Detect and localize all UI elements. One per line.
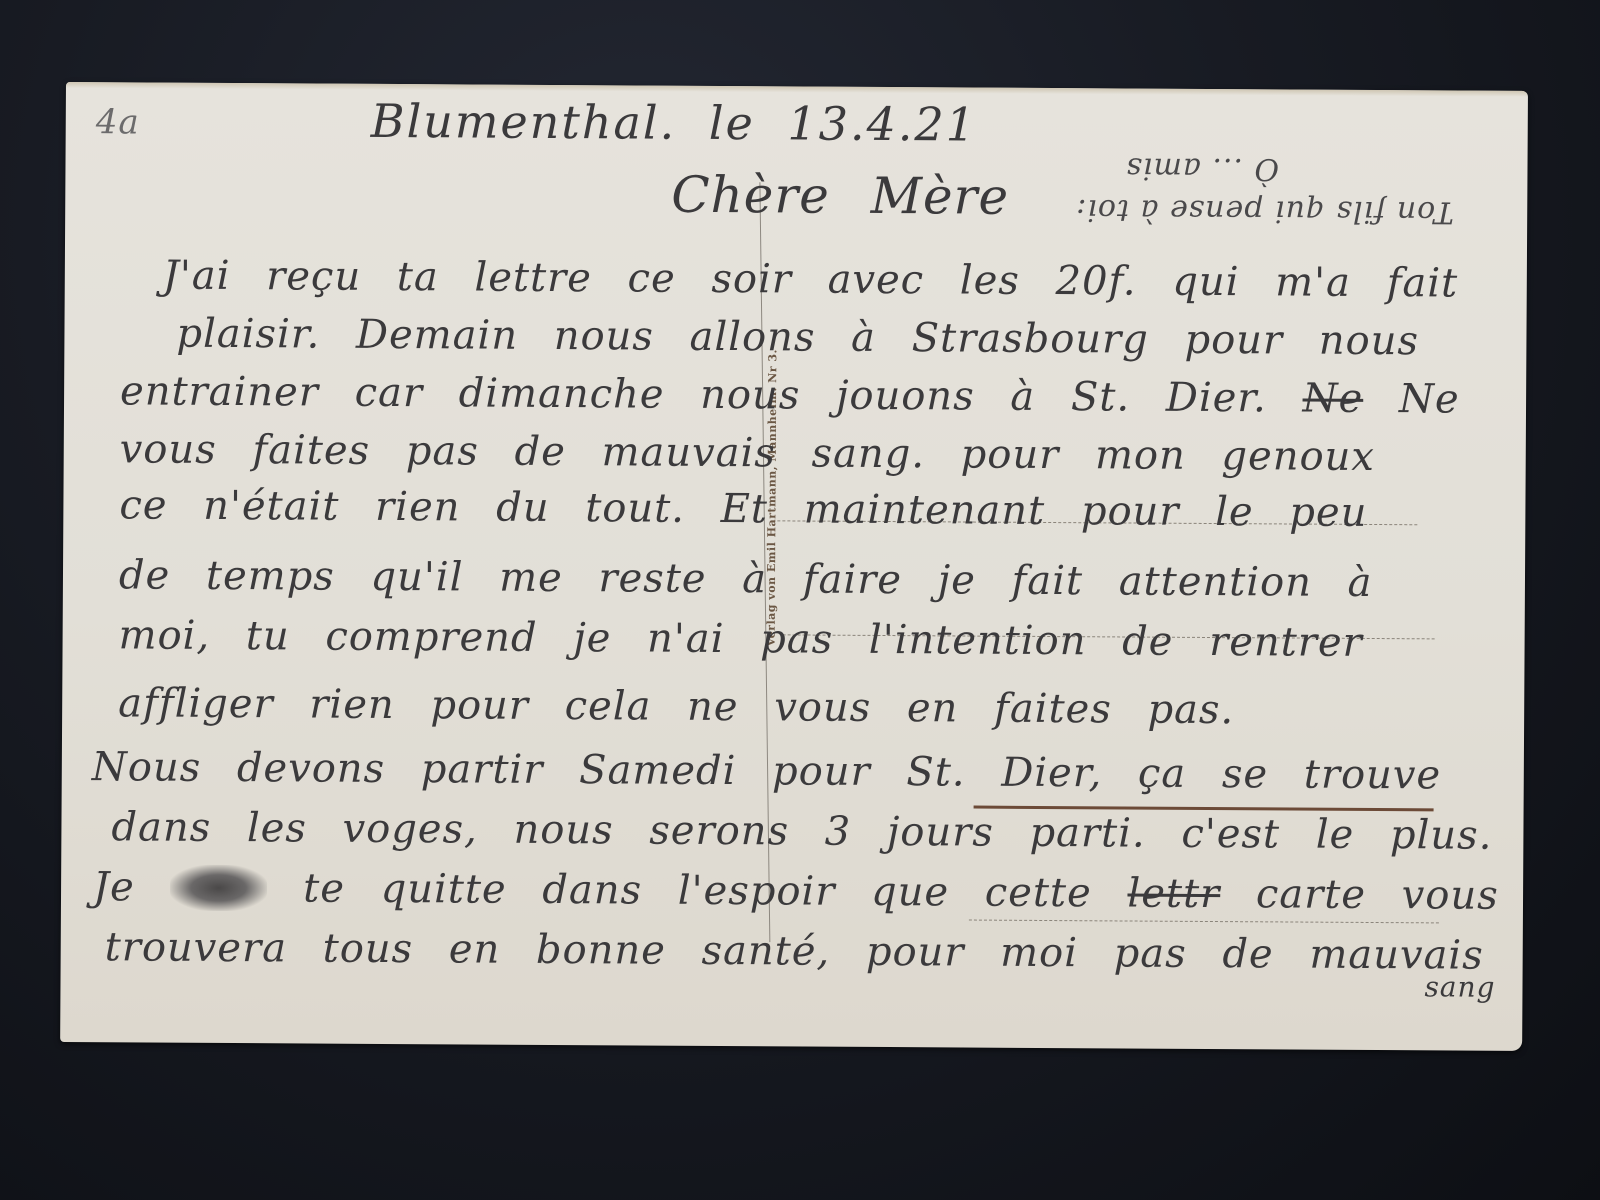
letter-line: affliger rien pour cela ne vous en faite… [118,680,1234,733]
letter-line: Nous devons partir Samedi pour St. Dier,… [92,744,1442,798]
struck-word: lettr [1127,870,1220,917]
struck-word: Ne [1302,376,1363,422]
letter-line-continuation: sang [1424,970,1495,1003]
letter-line-text: carte vous [1256,871,1499,918]
letter-line-text: plaisir. [176,311,320,358]
upside-down-note-line2: Ò ... amis [1125,150,1279,186]
letter-line: dans les voges, nous serons 3 jours part… [111,804,1492,858]
letter-line-text: Ne [1399,376,1460,422]
salutation: Chère Mère [671,166,1009,226]
letter-line-text: entrainer car dimanche nous jouons à St.… [120,368,1267,421]
postcard: Verlag von Emil Hartmann, Mannheim. Nr 3… [60,82,1528,1051]
letter-line: de temps qu'il me reste à faire je fait … [119,552,1373,606]
letter-line: vous faites pas de mauvais sang. pour mo… [120,426,1375,480]
letter-line-text: Je [93,864,135,910]
place-date: Blumenthal. le 13.4.21 [371,94,978,152]
upside-down-note-line1: Ton fils qui pense à toi: [1075,192,1454,229]
letter-line: Je vous te quitte dans l'espoir que cett… [93,864,1499,919]
ink-blot-struck-word: vous [170,865,267,912]
letter-line-text: Demain nous allons à Strasbourg pour nou… [356,312,1419,364]
page-marker: 4a [96,102,140,142]
address-line-4 [969,920,1439,924]
letter-line: plaisir. Demain nous allons à Strasbourg… [176,311,1419,365]
letter-line: ce n'était rien du tout. Et maintenant p… [119,482,1367,536]
letter-line: trouvera tous en bonne santé, pour moi p… [105,924,1484,978]
letter-line: entrainer car dimanche nous jouons à St.… [120,368,1460,422]
letter-line: moi, tu comprend je n'ai pas l'intention… [118,612,1362,666]
letter-line: J'ai reçu ta lettre ce soir avec les 20f… [163,253,1459,307]
letter-line-text: te quitte dans l'espoir que cette [303,865,1092,916]
